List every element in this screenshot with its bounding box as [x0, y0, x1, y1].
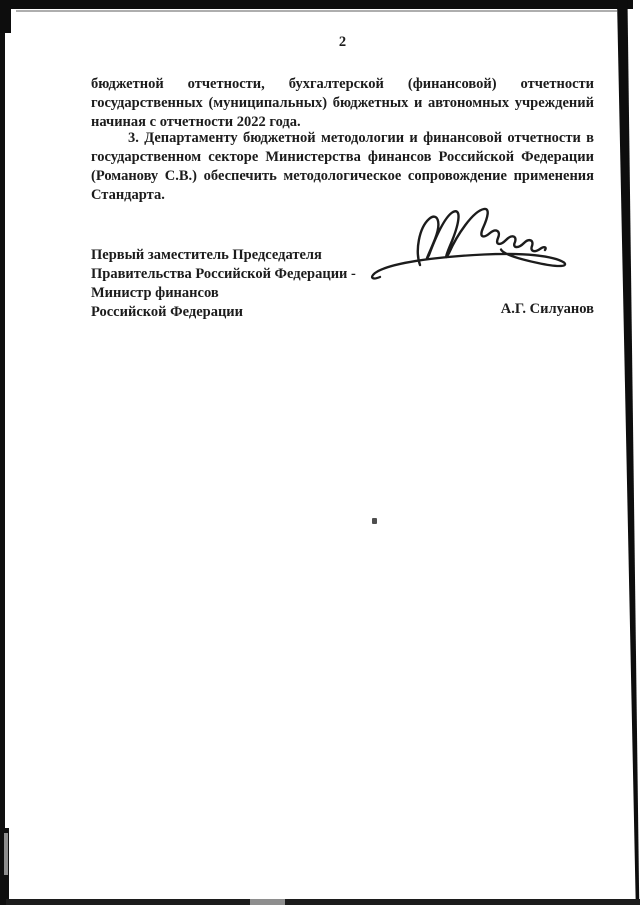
paragraph-2-line-3: (Романову С.В.) обеспечить методологичес… — [91, 167, 594, 186]
scan-border-bottom — [6, 899, 640, 905]
scan-border-left-top-cap — [0, 0, 11, 33]
paragraph-1-line-1: бюджетной отчетности, бухгалтерской (фин… — [91, 75, 594, 94]
paragraph-2-line-1: 3. Департаменту бюджетной методологии и … — [91, 129, 594, 148]
body-paragraph-2: 3. Департаменту бюджетной методологии и … — [91, 129, 594, 205]
paragraph-2-line-4: Стандарта. — [91, 186, 594, 205]
paragraph-2-line-2: государственном секторе Министерства фин… — [91, 148, 594, 167]
signer-name: А.Г. Силуанов — [294, 300, 594, 319]
scan-border-right — [615, 0, 640, 905]
body-paragraph-1: бюджетной отчетности, бухгалтерской (фин… — [91, 75, 594, 132]
scan-border-bottom-gray-streak — [250, 899, 285, 905]
scan-border-top — [0, 0, 633, 9]
scan-border-left — [0, 0, 5, 905]
paragraph-1-line-2: государственных (муниципальных) бюджетны… — [91, 94, 594, 113]
signer-position-line-1: Первый заместитель Председателя — [91, 246, 471, 265]
signer-position-line-2: Правительства Российской Федерации - — [91, 265, 471, 284]
scanned-document-page: 2 бюджетной отчетности, бухгалтерской (ф… — [0, 0, 640, 905]
scan-border-left-gray-streak — [4, 833, 8, 875]
scan-border-top-shadow-line — [16, 10, 617, 12]
scan-artifact-dot — [372, 518, 377, 524]
page-number: 2 — [91, 33, 594, 52]
